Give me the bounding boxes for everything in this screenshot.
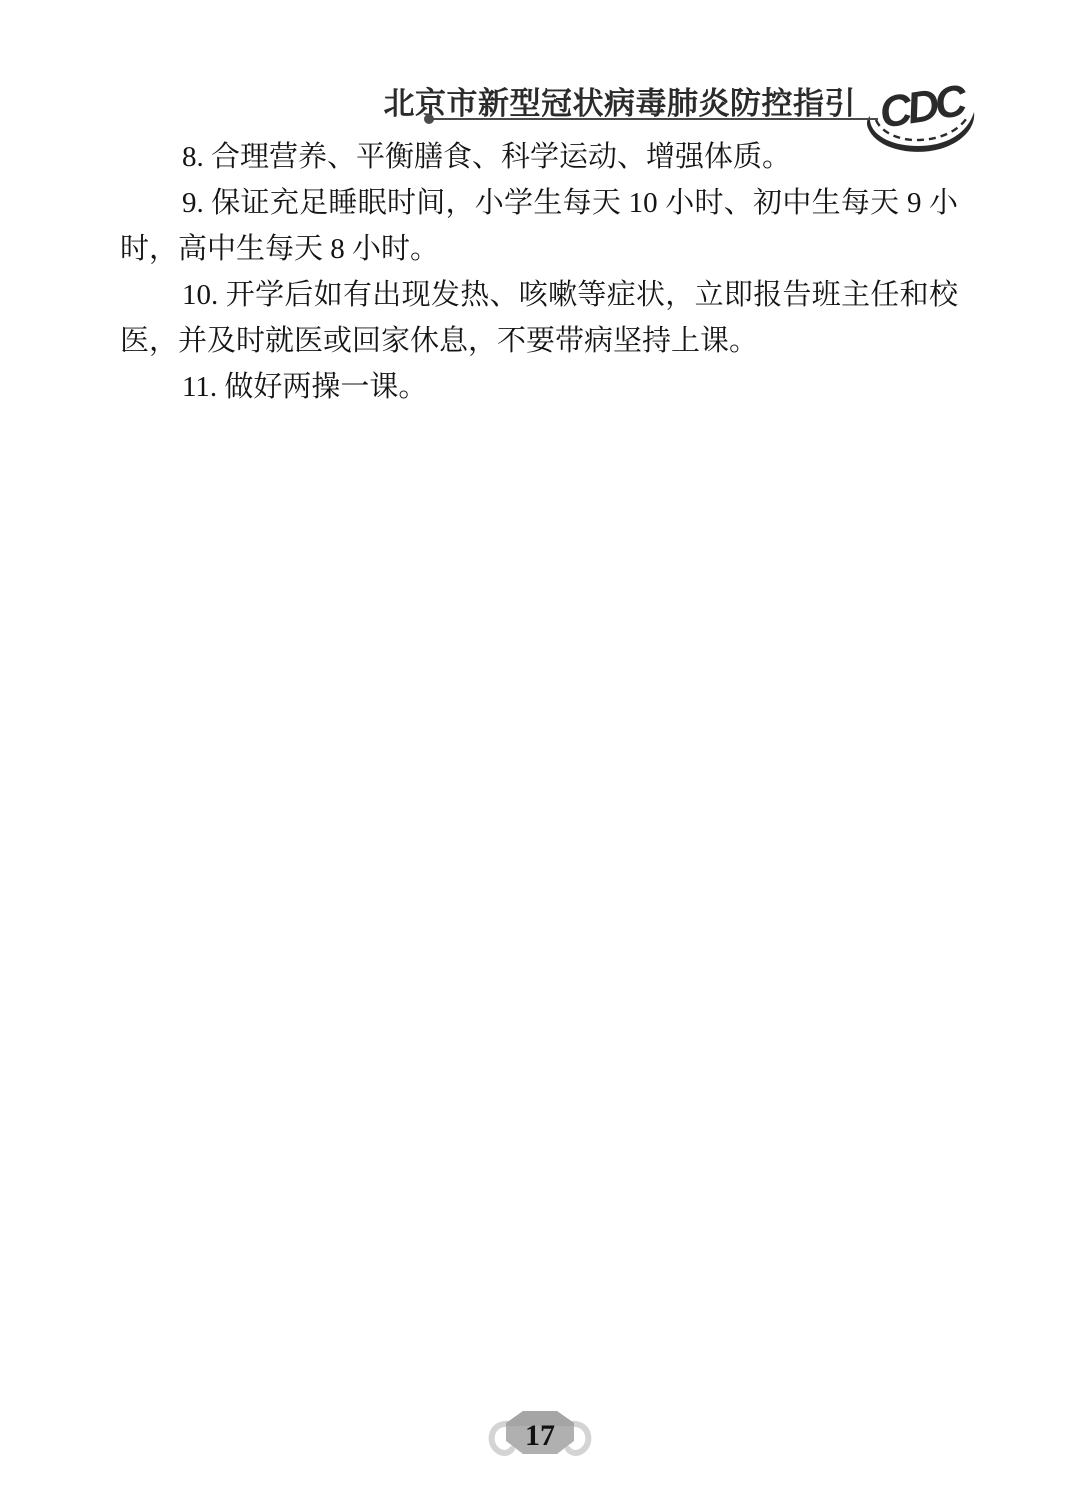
page-number: 17 <box>525 1419 555 1452</box>
page-number-mask-badge: 17 <box>479 1396 601 1478</box>
text-line-item9-start: 9. 保证充足睡眠时间，小学生每天 10 小时、初中生每天 9 小 <box>120 180 958 226</box>
document-page: 北京市新型冠状病毒肺炎防控指引 CDC 8. 合理营养、平衡膳食、科学运动、增强… <box>0 0 1080 1504</box>
text-line-item8: 8. 合理营养、平衡膳食、科学运动、增强体质。 <box>120 134 958 180</box>
header-rule-line <box>428 118 878 120</box>
text-line-item10-start: 10. 开学后如有出现发热、咳嗽等症状，立即报告班主任和校 <box>120 272 958 318</box>
body-text: 8. 合理营养、平衡膳食、科学运动、增强体质。 9. 保证充足睡眠时间，小学生每… <box>120 134 958 410</box>
text-line-item10-end: 医，并及时就医或回家休息，不要带病坚持上课。 <box>120 318 958 364</box>
header-title: 北京市新型冠状病毒肺炎防控指引 <box>384 80 857 128</box>
text-line-item9-end: 时，高中生每天 8 小时。 <box>120 226 958 272</box>
text-line-item11: 11. 做好两操一课。 <box>120 364 958 410</box>
